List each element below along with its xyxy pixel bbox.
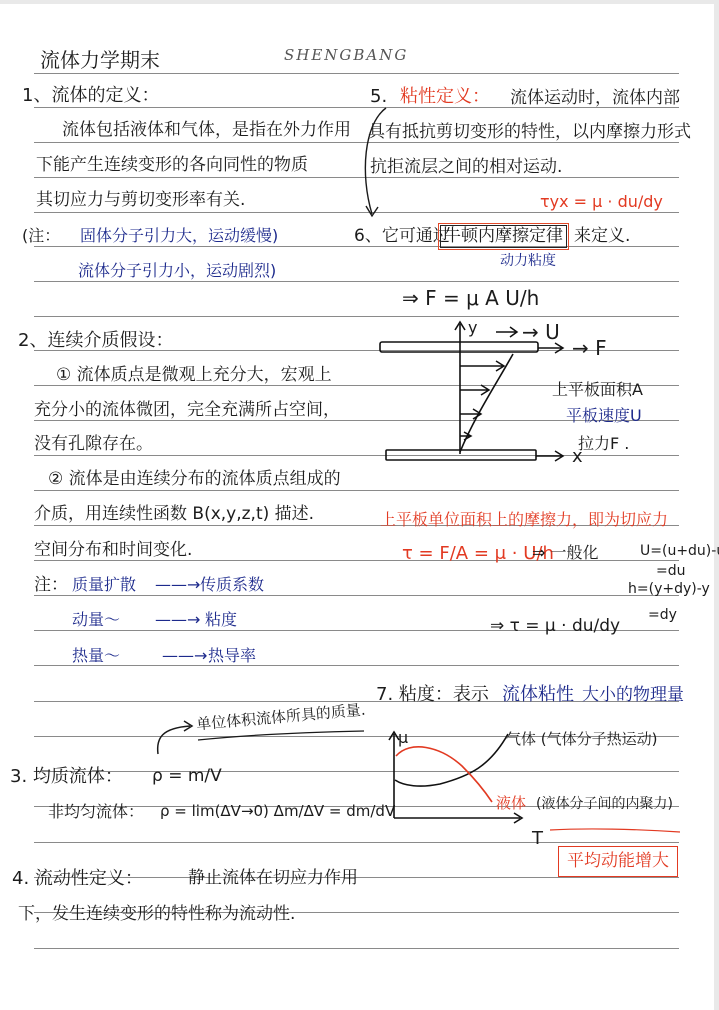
page-title: 流体力学期末 (40, 50, 160, 70)
section5-label: 粘性定义： (400, 88, 490, 106)
shear-stress-general-formula: ⇒ τ = μ · du/dy (490, 618, 620, 635)
mu-axis-label: μ (398, 730, 408, 746)
u-definition-result: =du (656, 564, 686, 578)
note-row-right: 传质系数 (200, 577, 264, 593)
section1-line: 流体包括液体和气体，是指在外力作用 (62, 122, 351, 139)
section4-heading: 4. 流动性定义： (12, 870, 143, 888)
legend-velocity: 平板速度U (566, 408, 642, 424)
f-label: → F (572, 338, 607, 358)
shear-stress-definition: 上平板单位面积上的摩擦力，即为切应力 (380, 512, 668, 528)
section2-line: 充分小的流体微团，完全充满所占空间， (34, 402, 340, 419)
note-row-left: 动量～ (72, 612, 120, 628)
note-row-arrow: ——→ (155, 577, 200, 593)
liquid-curve-note: (液体分子间的内聚力) (536, 797, 673, 811)
section5-line: 具有抵抗剪切变形的特性，以内摩擦力形式 (368, 124, 691, 141)
note-row-right: 热导率 (208, 648, 256, 664)
section3-heading: 3. 均质流体： (10, 768, 123, 786)
dynamic-viscosity-annotation: 动力粘度 (500, 254, 556, 268)
u-label: → U (522, 322, 560, 342)
section5-line: 抗拒流层之间的相对运动. (370, 159, 562, 176)
legend-force: 拉力F . (578, 436, 629, 452)
underline-stroke (196, 730, 366, 742)
section2-line: 没有孔隙存在。 (34, 436, 153, 453)
note-label: 注： (34, 577, 68, 594)
section5-line: 流体运动时，流体内部 (510, 90, 680, 107)
watermark: SHENGBANG (284, 48, 408, 63)
section4-line: 下，发生连续变形的特性称为流动性. (18, 906, 295, 923)
red-arrow-stroke (546, 824, 686, 840)
generalize-text: ⇒ 一般化 (532, 545, 599, 561)
note-label: (注： (22, 228, 60, 244)
u-definition: U=(u+du)-u (640, 544, 719, 558)
section6-prefix: 6、它可通过 (354, 228, 450, 245)
legend-area: 上平板面积A (552, 382, 643, 398)
note-row-arrow: ——→ (155, 612, 200, 628)
h-definition: h=(y+dy)-y (628, 582, 710, 596)
section1-heading: 1、流体的定义： (22, 87, 159, 105)
nonhomogeneous-label: 非均匀流体： (48, 804, 144, 820)
note-row-left: 热量～ (72, 648, 120, 664)
force-formula: ⇒ F = μ A U/h (402, 288, 539, 308)
curved-arrow-icon (358, 104, 398, 224)
note-line: 固体分子引力大，运动缓慢) (80, 228, 278, 244)
section1-line: 下能产生连续变形的各向同性的物质 (36, 157, 308, 174)
t-axis-label: T (532, 830, 543, 848)
section2-line: ② 流体是由连续分布的流体质点组成的 (48, 471, 341, 488)
homogeneous-density-formula: ρ = m/V (152, 768, 222, 785)
gas-curve-label: 气体 (气体分子热运动) (506, 732, 657, 747)
section4-line: 静止流体在切应力作用 (188, 870, 358, 887)
section1-line: 其切应力与剪切变形率有关. (36, 192, 245, 209)
newton-law-box: 牛顿内摩擦定律 (440, 225, 567, 248)
section7-highlight: 流体粘性 (502, 686, 574, 704)
section7-tail: 大小的物理量 (582, 687, 684, 704)
section2-line: 空间分布和时间变化. (34, 542, 192, 559)
annotation-arrow-icon (150, 716, 200, 756)
nonhomogeneous-density-formula: ρ = lim(ΔV→0) Δm/ΔV = dm/dV (160, 804, 395, 819)
section2-heading: 2、连续介质假设： (18, 332, 173, 350)
liquid-curve-label: 液体 (496, 796, 526, 811)
notes-page: 流体力学期末 SHENGBANG 1、流体的定义： 流体包括液体和气体，是指在外… (0, 4, 714, 1010)
note-row-right: 粘度 (205, 612, 237, 628)
h-definition-result: =dy (648, 608, 677, 622)
section2-line: ① 流体质点是微观上充分大，宏观上 (56, 367, 332, 384)
note-row-arrow: ——→ (162, 648, 207, 664)
note-line: 流体分子引力小，运动剧烈) (78, 263, 276, 279)
section6-suffix: 来定义. (574, 228, 630, 245)
viscosity-formula: τyx = μ · du/dy (540, 194, 663, 210)
density-annotation: 单位体积流体所具的质量. (196, 703, 366, 733)
note-row-left: 质量扩散 (72, 577, 136, 593)
section2-line: 介质，用连续性函数 B(x,y,z,t) 描述. (34, 506, 314, 523)
section7-heading: 7. 粘度：表示 (376, 686, 489, 704)
kinetic-energy-note-box: 平均动能增大 (558, 846, 678, 877)
y-axis-label: y (468, 320, 477, 336)
